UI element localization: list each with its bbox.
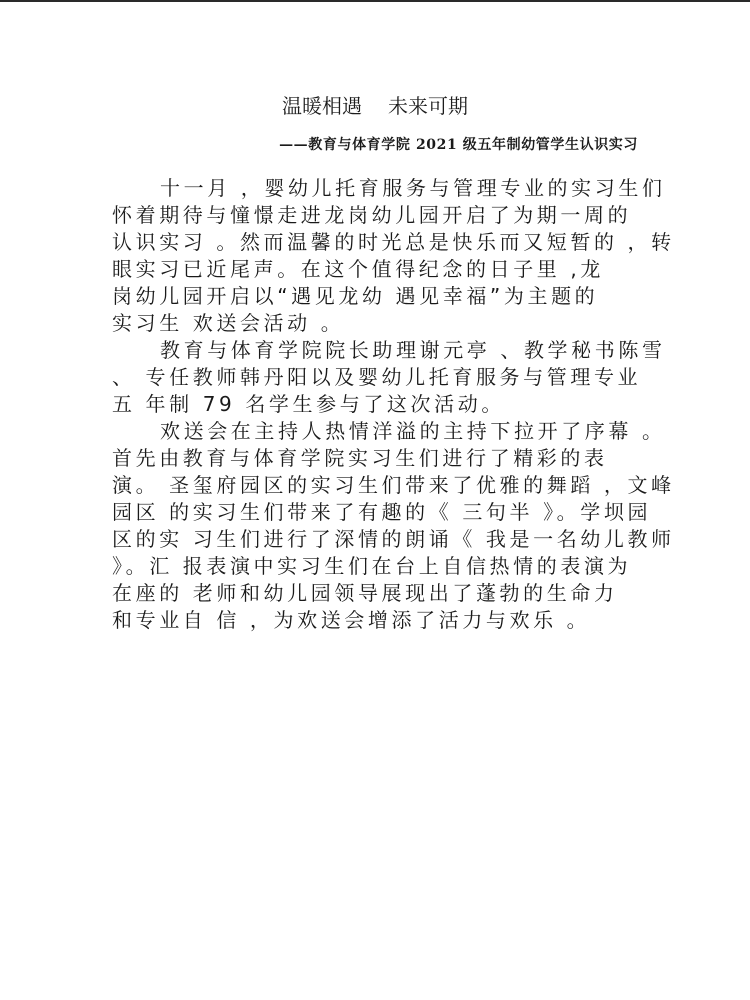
article-subtitle: ——教育与体育学院 2021 级五年制幼管学生认识实习 (279, 134, 638, 156)
text-line: 、 专任教师韩丹阳以及婴幼儿托育服务与管理专业 (112, 364, 640, 391)
text-line: 》。汇 报表演中实习生们在台上自信热情的表演为 (112, 553, 640, 580)
article-title: 温暖相遇未来可期 (0, 92, 750, 120)
text-line: 怀着期待与憧憬走进龙岗幼儿园开启了为期一周的 (112, 202, 640, 229)
paragraph-1: 十一月 ，婴幼儿托育服务与管理专业的实习生们 怀着期待与憧憬走进龙岗幼儿园开启了… (112, 175, 640, 337)
text-line: 认识实习 。然而温馨的时光总是快乐而又短暂的 ，转 (112, 229, 640, 256)
text-line: 和专业自 信 ，为欢送会增添了活力与欢乐 。 (112, 607, 640, 634)
document-page: 温暖相遇未来可期 ——教育与体育学院 2021 级五年制幼管学生认识实习 十一月… (0, 0, 750, 1000)
paragraph-3: 欢送会在主持人热情洋溢的主持下拉开了序幕 。 首先由教育与体育学院实习生们进行了… (112, 418, 640, 634)
text-line: 岗幼儿园开启以“遇见龙幼 遇见幸福”为主题的 (112, 283, 640, 310)
text-line: 园区 的实习生们带来了有趣的《 三句半 》。学坝园 (112, 499, 640, 526)
text-line: 教育与体育学院院长助理谢元亭 、教学秘书陈雪 (112, 337, 640, 364)
text-line: 十一月 ，婴幼儿托育服务与管理专业的实习生们 (112, 175, 640, 202)
title-part-1: 温暖相遇 (282, 94, 362, 118)
text-line: 演。 圣玺府园区的实习生们带来了优雅的舞蹈 ，文峰 (112, 472, 640, 499)
paragraph-2: 教育与体育学院院长助理谢元亭 、教学秘书陈雪 、 专任教师韩丹阳以及婴幼儿托育服… (112, 337, 640, 418)
text-line: 五 年制 79 名学生参与了这次活动。 (112, 391, 640, 418)
text-line: 首先由教育与体育学院实习生们进行了精彩的表 (112, 445, 640, 472)
text-line: 实习生 欢送会活动 。 (112, 310, 640, 337)
title-part-2: 未来可期 (388, 94, 468, 118)
text-line: 在座的 老师和幼儿园领导展现出了蓬勃的生命力 (112, 580, 640, 607)
text-line: 眼实习已近尾声。在这个值得纪念的日子里 ,龙 (112, 256, 640, 283)
article-body: 十一月 ，婴幼儿托育服务与管理专业的实习生们 怀着期待与憧憬走进龙岗幼儿园开启了… (112, 175, 640, 634)
text-line: 欢送会在主持人热情洋溢的主持下拉开了序幕 。 (112, 418, 640, 445)
text-line: 区的实 习生们进行了深情的朗诵《 我是一名幼儿教师 (112, 526, 640, 553)
